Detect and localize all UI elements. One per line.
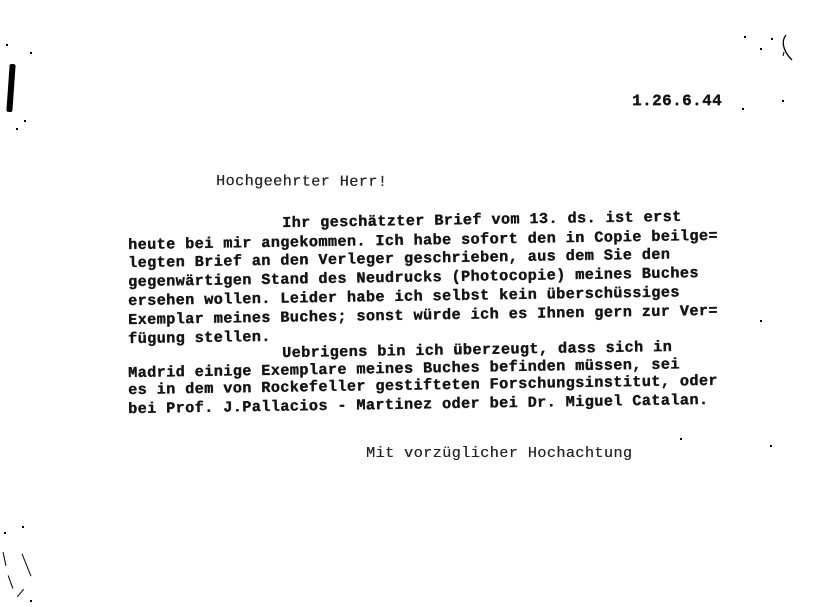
scan-speck xyxy=(22,526,24,528)
closing-line: Mit vorzüglicher Hochachtung xyxy=(366,444,632,462)
scan-speck xyxy=(771,38,773,40)
scan-speck xyxy=(30,52,32,54)
body-line: fügung stellen. xyxy=(128,328,271,348)
scan-speck xyxy=(760,48,762,50)
scan-speck xyxy=(6,44,8,46)
scan-speck xyxy=(760,320,762,322)
letter-page: 1.26.6.44 Hochgeehrter Herr! Ihr geschät… xyxy=(0,0,813,607)
scan-speck xyxy=(680,438,682,440)
scan-speck xyxy=(24,120,26,122)
scan-speck xyxy=(4,532,6,534)
letter-body: Ihr geschätzter Brief vom 13. ds. ist er… xyxy=(0,0,813,607)
scan-speck xyxy=(770,445,772,447)
scan-speck xyxy=(742,108,744,110)
scan-speck xyxy=(16,128,18,130)
scan-speck xyxy=(782,100,784,102)
scan-speck xyxy=(30,600,32,602)
scan-speck xyxy=(744,36,746,38)
